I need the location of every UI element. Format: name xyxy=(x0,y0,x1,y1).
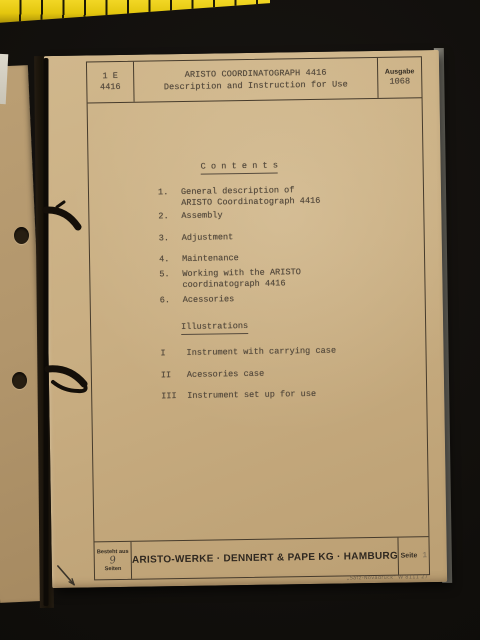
form-header: 1 E 4416 ARISTO COORDINATOGRAPH 4416 Des… xyxy=(87,57,422,103)
header-issue-cell: Ausgabe 1068 xyxy=(377,57,422,98)
page-number-value: 1 xyxy=(422,551,427,560)
header-title-cell: ARISTO COORDINATOGRAPH 4416 Description … xyxy=(134,58,378,102)
footer-company-cell: ARISTO-WERKE · DENNERT & PAPE KG · HAMBU… xyxy=(132,538,399,579)
doc-title-line2: Description and Instruction for Use xyxy=(164,78,348,93)
pages-count-handwritten: 9 xyxy=(109,555,117,566)
toc-item: 4. Maintenance xyxy=(159,253,239,265)
footer-page-cell: Seite 1 xyxy=(398,537,429,574)
footer-pages-cell: Besteht aus 9 Seiten xyxy=(94,542,132,580)
issue-value: 1068 xyxy=(389,76,410,86)
pen-mark xyxy=(54,560,95,601)
doc-code-line2: 4416 xyxy=(100,82,121,93)
toc-item: 6. Acessories xyxy=(160,294,235,306)
form-footer: Besteht aus 9 Seiten ARISTO-WERKE · DENN… xyxy=(94,536,429,579)
toc-item: 1. General description ofARISTO Coordina… xyxy=(158,185,321,210)
pages-label-bottom: Seiten xyxy=(105,565,122,572)
illustrations-title: Illustrations xyxy=(181,321,248,335)
page-number-label: Seite xyxy=(401,552,418,559)
toc-item: 2. Assembly xyxy=(158,210,222,222)
doc-code-line1: 1 E xyxy=(102,71,118,82)
contents-title: C o n t e n t s xyxy=(201,160,279,174)
toc-item: 5. Working with the ARISTOcoordinatograp… xyxy=(159,267,301,291)
punch-hole-top xyxy=(14,227,29,244)
illustration-item: III Instrument set up for use xyxy=(161,389,316,402)
header-code-cell: 1 E 4416 xyxy=(87,62,135,103)
document-page: 1 E 4416 ARISTO COORDINATOGRAPH 4416 Des… xyxy=(44,50,447,588)
form-frame: 1 E 4416 ARISTO COORDINATOGRAPH 4416 Des… xyxy=(86,56,430,580)
yellow-ruler xyxy=(0,0,270,24)
toc-item: 3. Adjustment xyxy=(159,232,234,244)
company-name: ARISTO-WERKE · DENNERT & PAPE KG · HAMBU… xyxy=(132,551,398,566)
illustration-item: II Acessories case xyxy=(161,369,265,382)
illustration-item: I Instrument with carrying case xyxy=(160,346,336,360)
photo-background: 1 E 4416 ARISTO COORDINATOGRAPH 4416 Des… xyxy=(0,0,480,640)
punch-hole-bottom xyxy=(12,372,27,389)
